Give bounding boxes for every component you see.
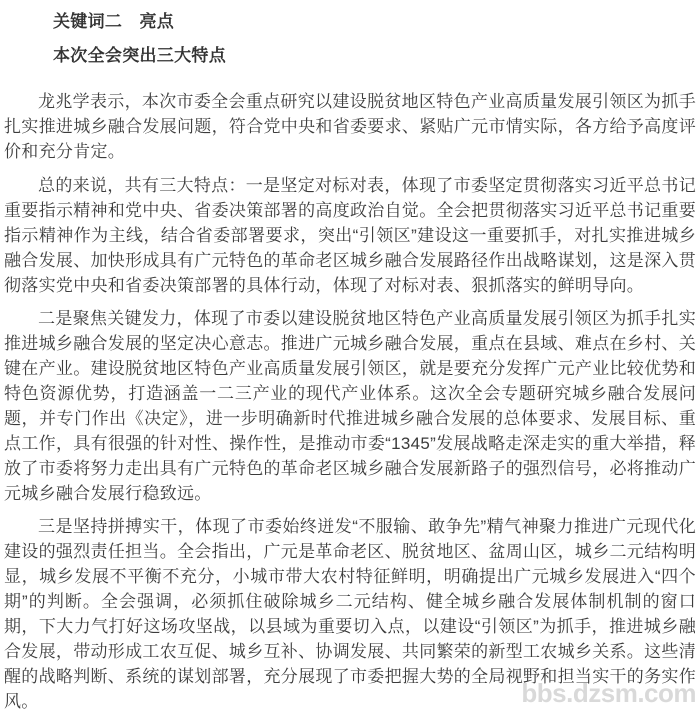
- paragraph-feature-two: 二是聚焦关键发力，体现了市委以建设脱贫地区特色产业高质量发展引领区为抓手扎实推进…: [4, 306, 696, 506]
- article-body: 关键词二 亮点 本次全会突出三大特点 龙兆学表示，本次市委全会重点研究以建设脱贫…: [0, 0, 700, 711]
- paragraph-feature-one: 总的来说，共有三大特点：一是坚定对标对表，体现了市委坚定贯彻落实习近平总书记重要…: [4, 173, 696, 298]
- paragraph-intro: 龙兆学表示，本次市委全会重点研究以建设脱贫地区特色产业高质量发展引领区为抓手扎实…: [4, 89, 696, 164]
- article-subtitle: 本次全会突出三大特点: [4, 43, 696, 68]
- keyword-heading: 关键词二 亮点: [4, 9, 696, 34]
- paragraph-feature-three: 三是坚持拼搏实干，体现了市委始终迸发“不服输、敢争先”精气神聚力推进广元现代化建…: [4, 514, 696, 711]
